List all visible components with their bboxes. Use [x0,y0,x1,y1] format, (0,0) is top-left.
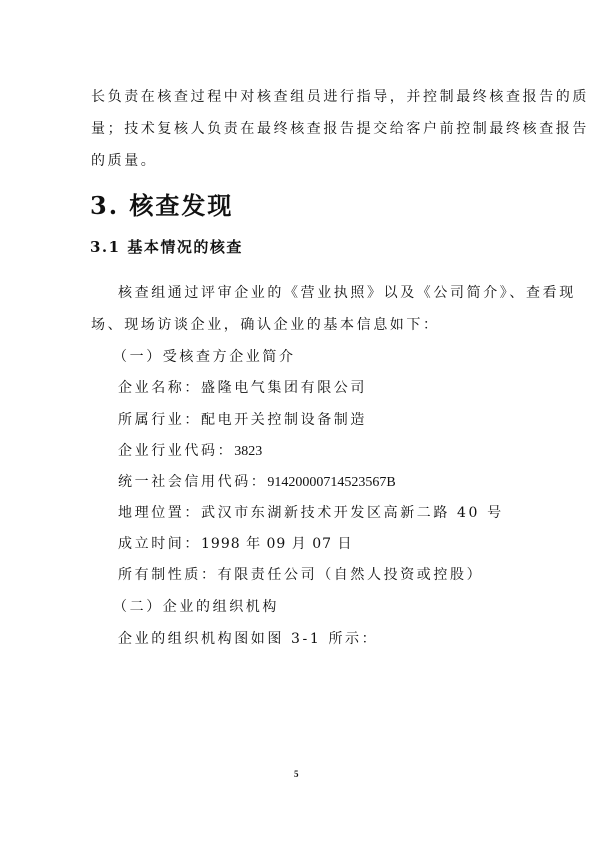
paragraph-line: 长负责在核查过程中对核查组员进行指导，并控制最终核查报告的质 [91,86,589,106]
field-label: 地理位置： [118,505,201,521]
field-value: 盛隆电气集团有限公司 [201,380,367,396]
field-value: 91420000714523567B [267,475,395,490]
field-value: 配电开关控制设备制造 [201,412,367,428]
field-label: 所有制性质： [118,567,218,583]
field-ownership: 所有制性质：有限责任公司（自然人投资或控股） [118,564,483,584]
section-heading: 3. 核查发现 [90,186,233,221]
field-value: 有限责任公司（自然人投资或控股） [218,567,484,583]
field-label: 所属行业： [118,412,201,428]
part2-heading: （二）企业的组织机构 [113,596,279,616]
subsection-heading: 3.1 基本情况的核查 [90,236,243,257]
section-number: 3. [90,191,119,220]
section-title: 核查发现 [129,191,233,220]
field-company-name: 企业名称：盛隆电气集团有限公司 [118,377,367,397]
field-value: 1998 年 09 月 07 日 [201,536,353,552]
field-label: 企业行业代码： [118,443,234,459]
paragraph-line: 量；技术复核人负责在最终核查报告提交给客户前控制最终核查报告 [91,118,589,138]
intro-line: 核查组通过评审企业的《营业执照》以及《公司简介》、查看现 [118,282,576,302]
field-credit-code: 统一社会信用代码：91420000714523567B [118,471,396,491]
field-label: 企业名称： [118,380,201,396]
field-value: 武汉市东湖新技术开发区高新二路 40 号 [201,505,504,521]
field-industry: 所属行业：配电开关控制设备制造 [118,409,367,429]
field-label: 统一社会信用代码： [118,474,267,490]
intro-line: 场、现场访谈企业，确认企业的基本信息如下： [91,314,440,334]
field-label: 成立时间： [118,536,201,552]
field-value: 3823 [234,444,262,459]
subsection-title: 基本情况的核查 [127,238,243,256]
field-location: 地理位置：武汉市东湖新技术开发区高新二路 40 号 [118,502,504,522]
part2-text: 企业的组织机构图如图 3-1 所示： [118,628,378,648]
field-founded: 成立时间：1998 年 09 月 07 日 [118,533,353,553]
subsection-number: 3.1 [90,238,121,256]
part1-heading: （一）受核查方企业简介 [113,346,296,366]
page-number: 5 [294,769,299,779]
paragraph-line: 的质量。 [91,150,157,170]
field-industry-code: 企业行业代码：3823 [118,440,262,460]
